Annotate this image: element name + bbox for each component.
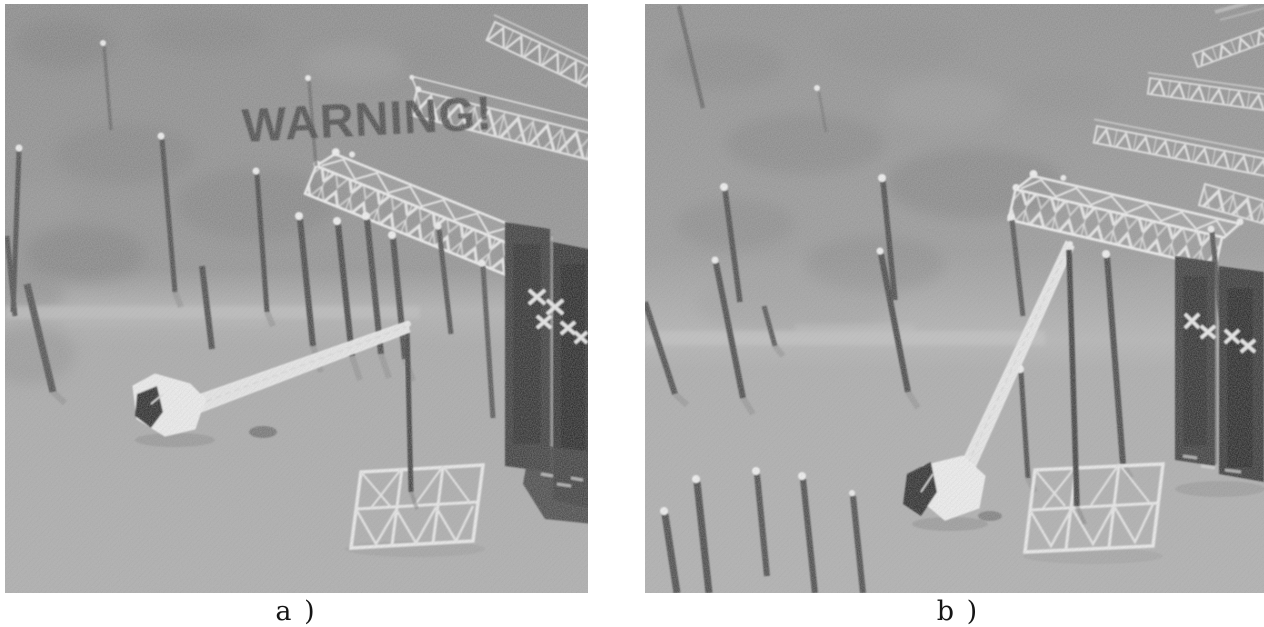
caption-a: a ) — [196, 596, 396, 627]
grain-overlay — [645, 4, 1264, 593]
caption-b: b ) — [858, 596, 1058, 627]
panel-a-image: WARNING! — [5, 4, 588, 593]
panel-b-image — [645, 4, 1264, 593]
grain-overlay — [5, 4, 588, 593]
figure-page: WARNING! — [0, 0, 1264, 627]
